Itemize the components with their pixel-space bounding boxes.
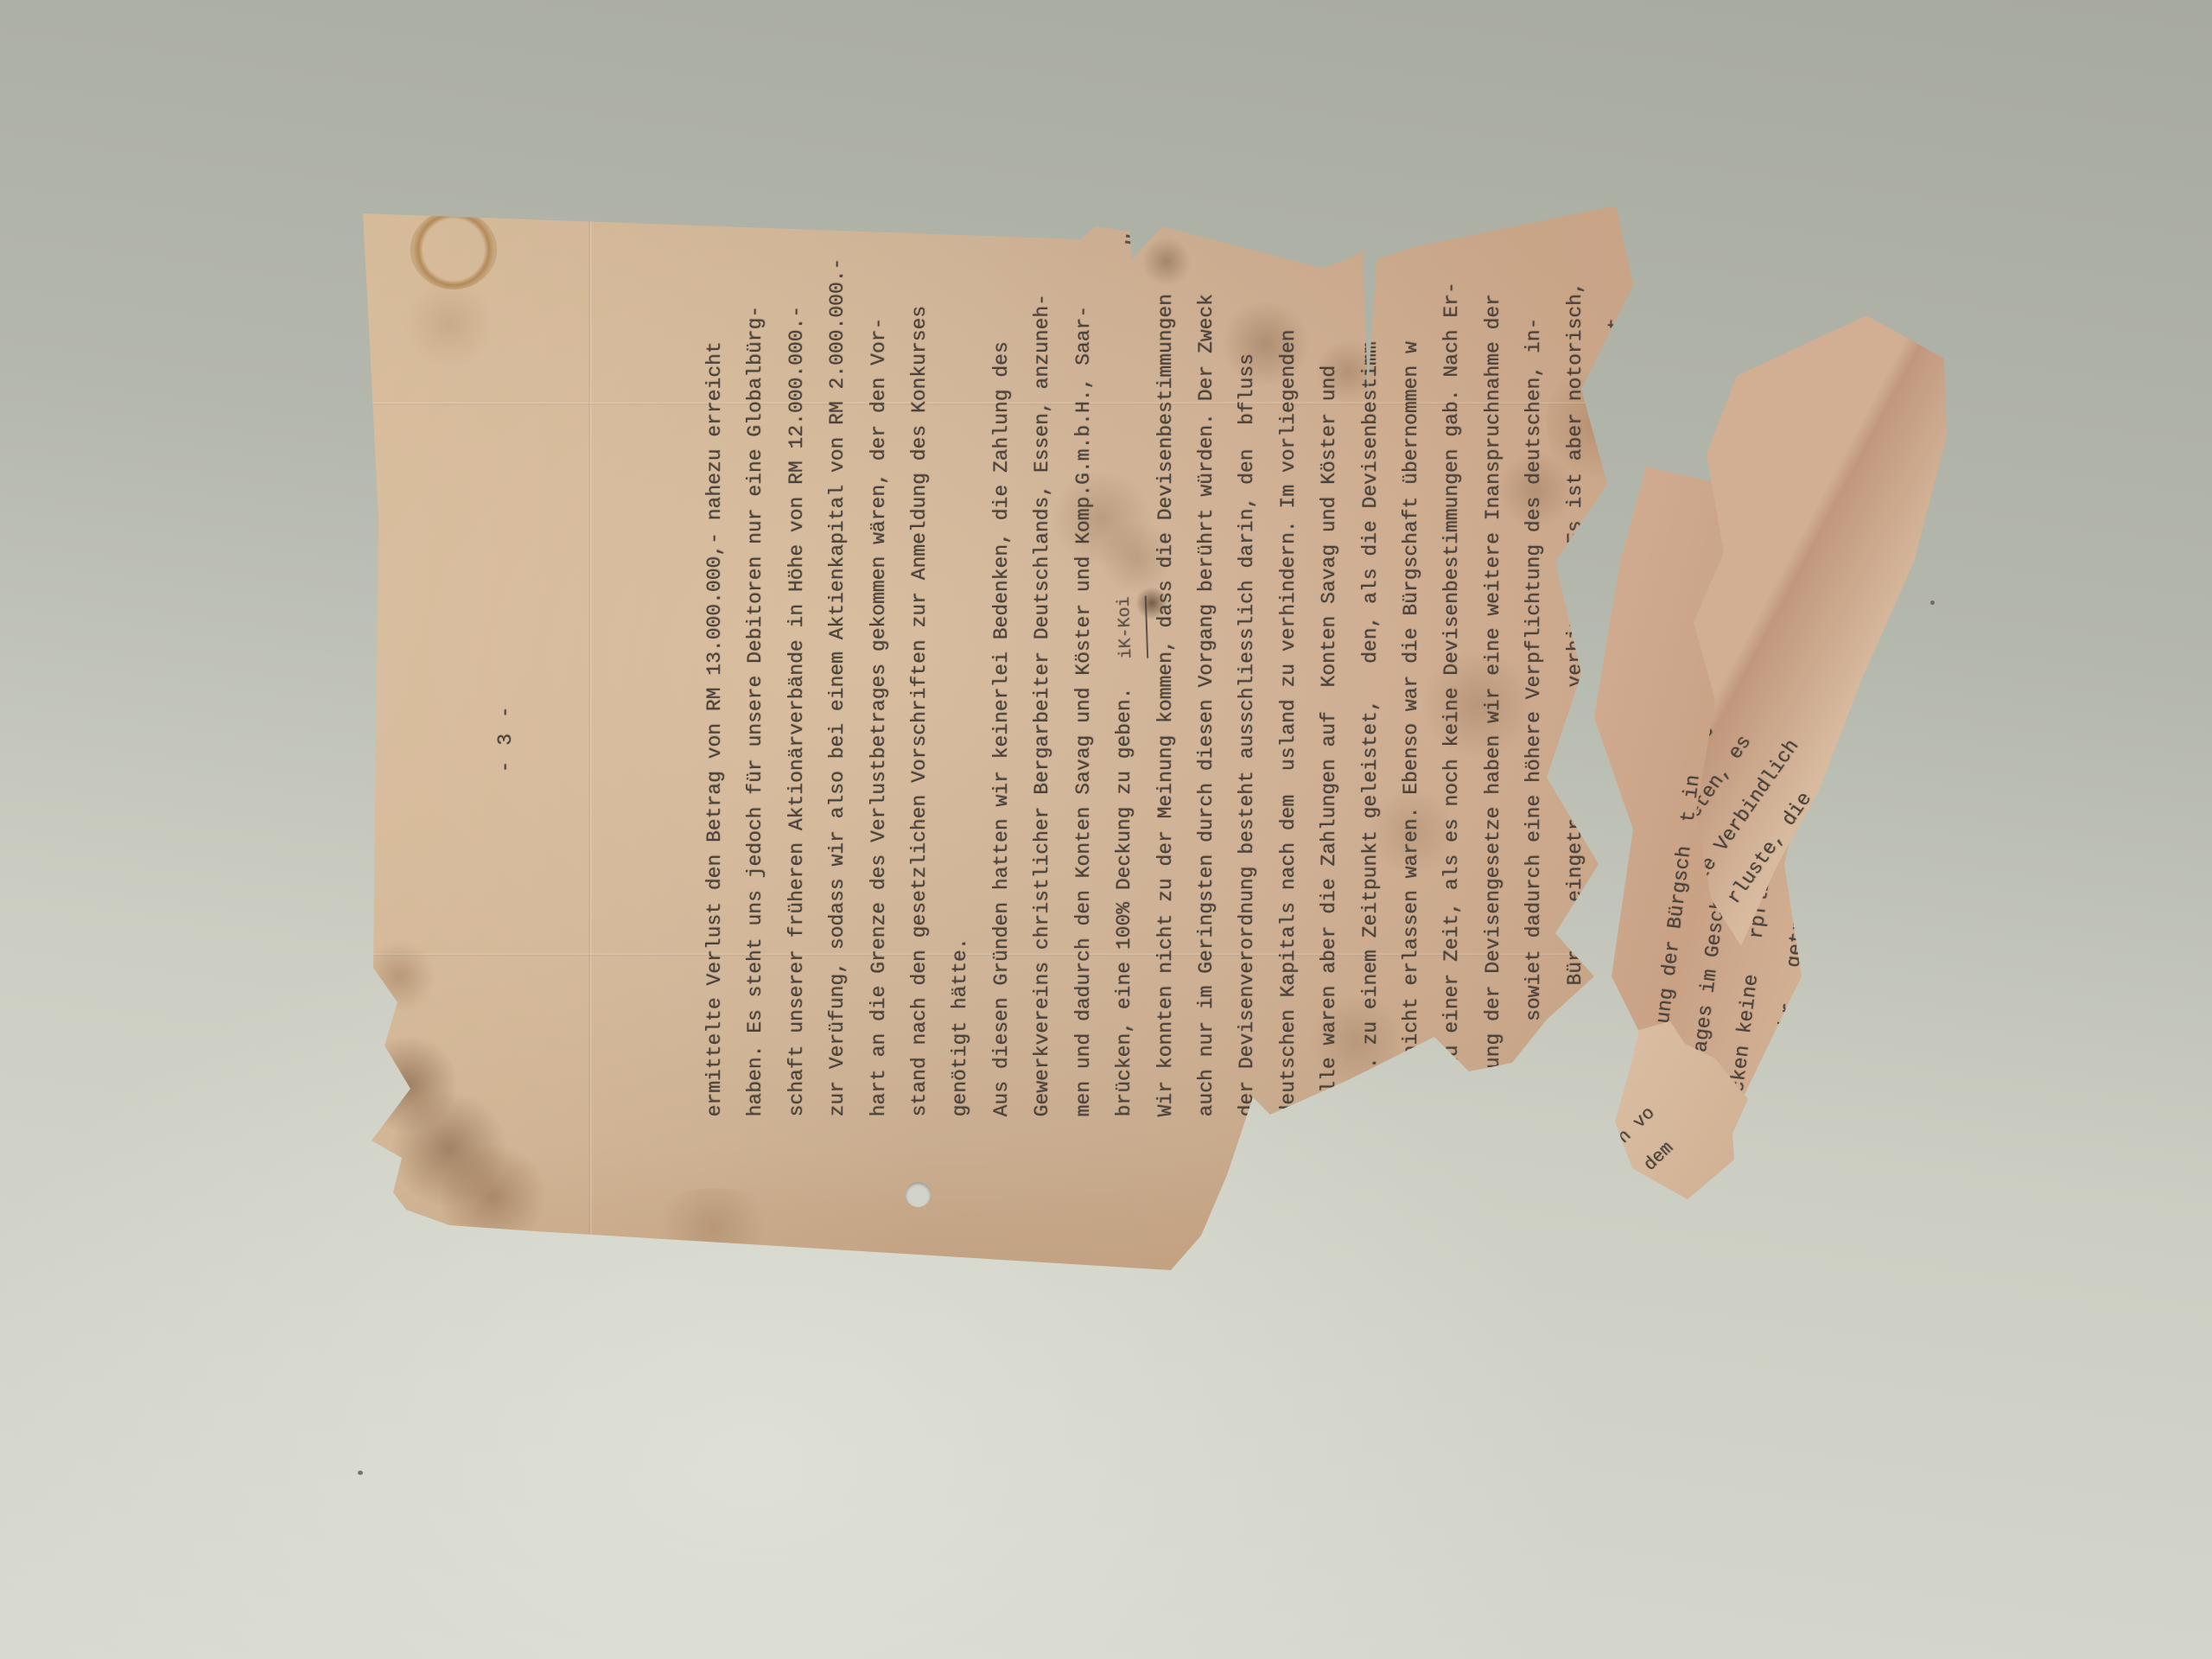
text-line: haben. Es steht uns jedoch für unsere De…	[735, 214, 776, 1117]
text-line: Konten, sowiet dadurch eine höhere Verpf…	[1514, 214, 1554, 1117]
text-line: schaft unserer früheren Aktionärverbände…	[777, 214, 817, 1117]
text-line: hart an die Grenze des Verlustbetrages g…	[859, 214, 899, 1117]
text-line: auch nur im Geringsten durch diesen Vorg…	[1186, 214, 1227, 1117]
text-line: ländischen Bürgen eingetreten wäre, verh…	[1555, 214, 1596, 1117]
text-line: Aus diesen Gründen hatten wir keinerlei …	[982, 214, 1022, 1117]
text-line: Komp. zu einem Zeitpunkt geleistet, den,…	[1351, 214, 1391, 1117]
text-line: zur Verüfung, sodass wir also bei einem …	[817, 214, 858, 1117]
text-line: noch nicht erlassen waren. Ebenso war di…	[1391, 214, 1432, 1117]
text-line: deutschen Kapitals nach dem usland zu ve…	[1268, 214, 1309, 1117]
text-line: den zu einer Zeit, als es noch keine Dev…	[1432, 214, 1472, 1117]
text-line: Wir konnten nicht zu der Meinung kommen,…	[1146, 214, 1186, 1117]
text-line: Falle waren aber die Zahlungen auf Konte…	[1309, 214, 1350, 1117]
page-number: - 3 -	[486, 214, 526, 1264]
text-line: Gewerkvereins christlicher Bergarbeiter …	[1022, 214, 1063, 1117]
text-line: lassung der Devisengesetze haben wir ein…	[1473, 214, 1514, 1117]
punch-hole	[906, 1182, 931, 1207]
photo-of-torn-document: - 3 - ermittelte Verlust den Betrag von …	[0, 0, 2212, 1659]
text-line: men und dadurch den Konten Savag und Kös…	[1064, 214, 1104, 1117]
text-line: genötigt hätte.	[940, 214, 981, 1117]
text-line: brücken, eine 100% Deckung zu geben.	[1104, 214, 1145, 1117]
debris-speck	[358, 1471, 363, 1475]
overtype-correction: iK-Koi	[1104, 596, 1149, 660]
text-line: stand nach den gesetzlichen Vorschriften…	[899, 214, 940, 1117]
folded-flap: t inr Zentralerpflichtunggetreten, esle …	[1689, 302, 1948, 976]
text-line: der Devisenverordnung besteht ausschlies…	[1227, 214, 1268, 1117]
debris-speck	[1930, 601, 1935, 605]
text-line: ermittelte Verlust den Betrag von RM 13.…	[695, 214, 735, 1117]
